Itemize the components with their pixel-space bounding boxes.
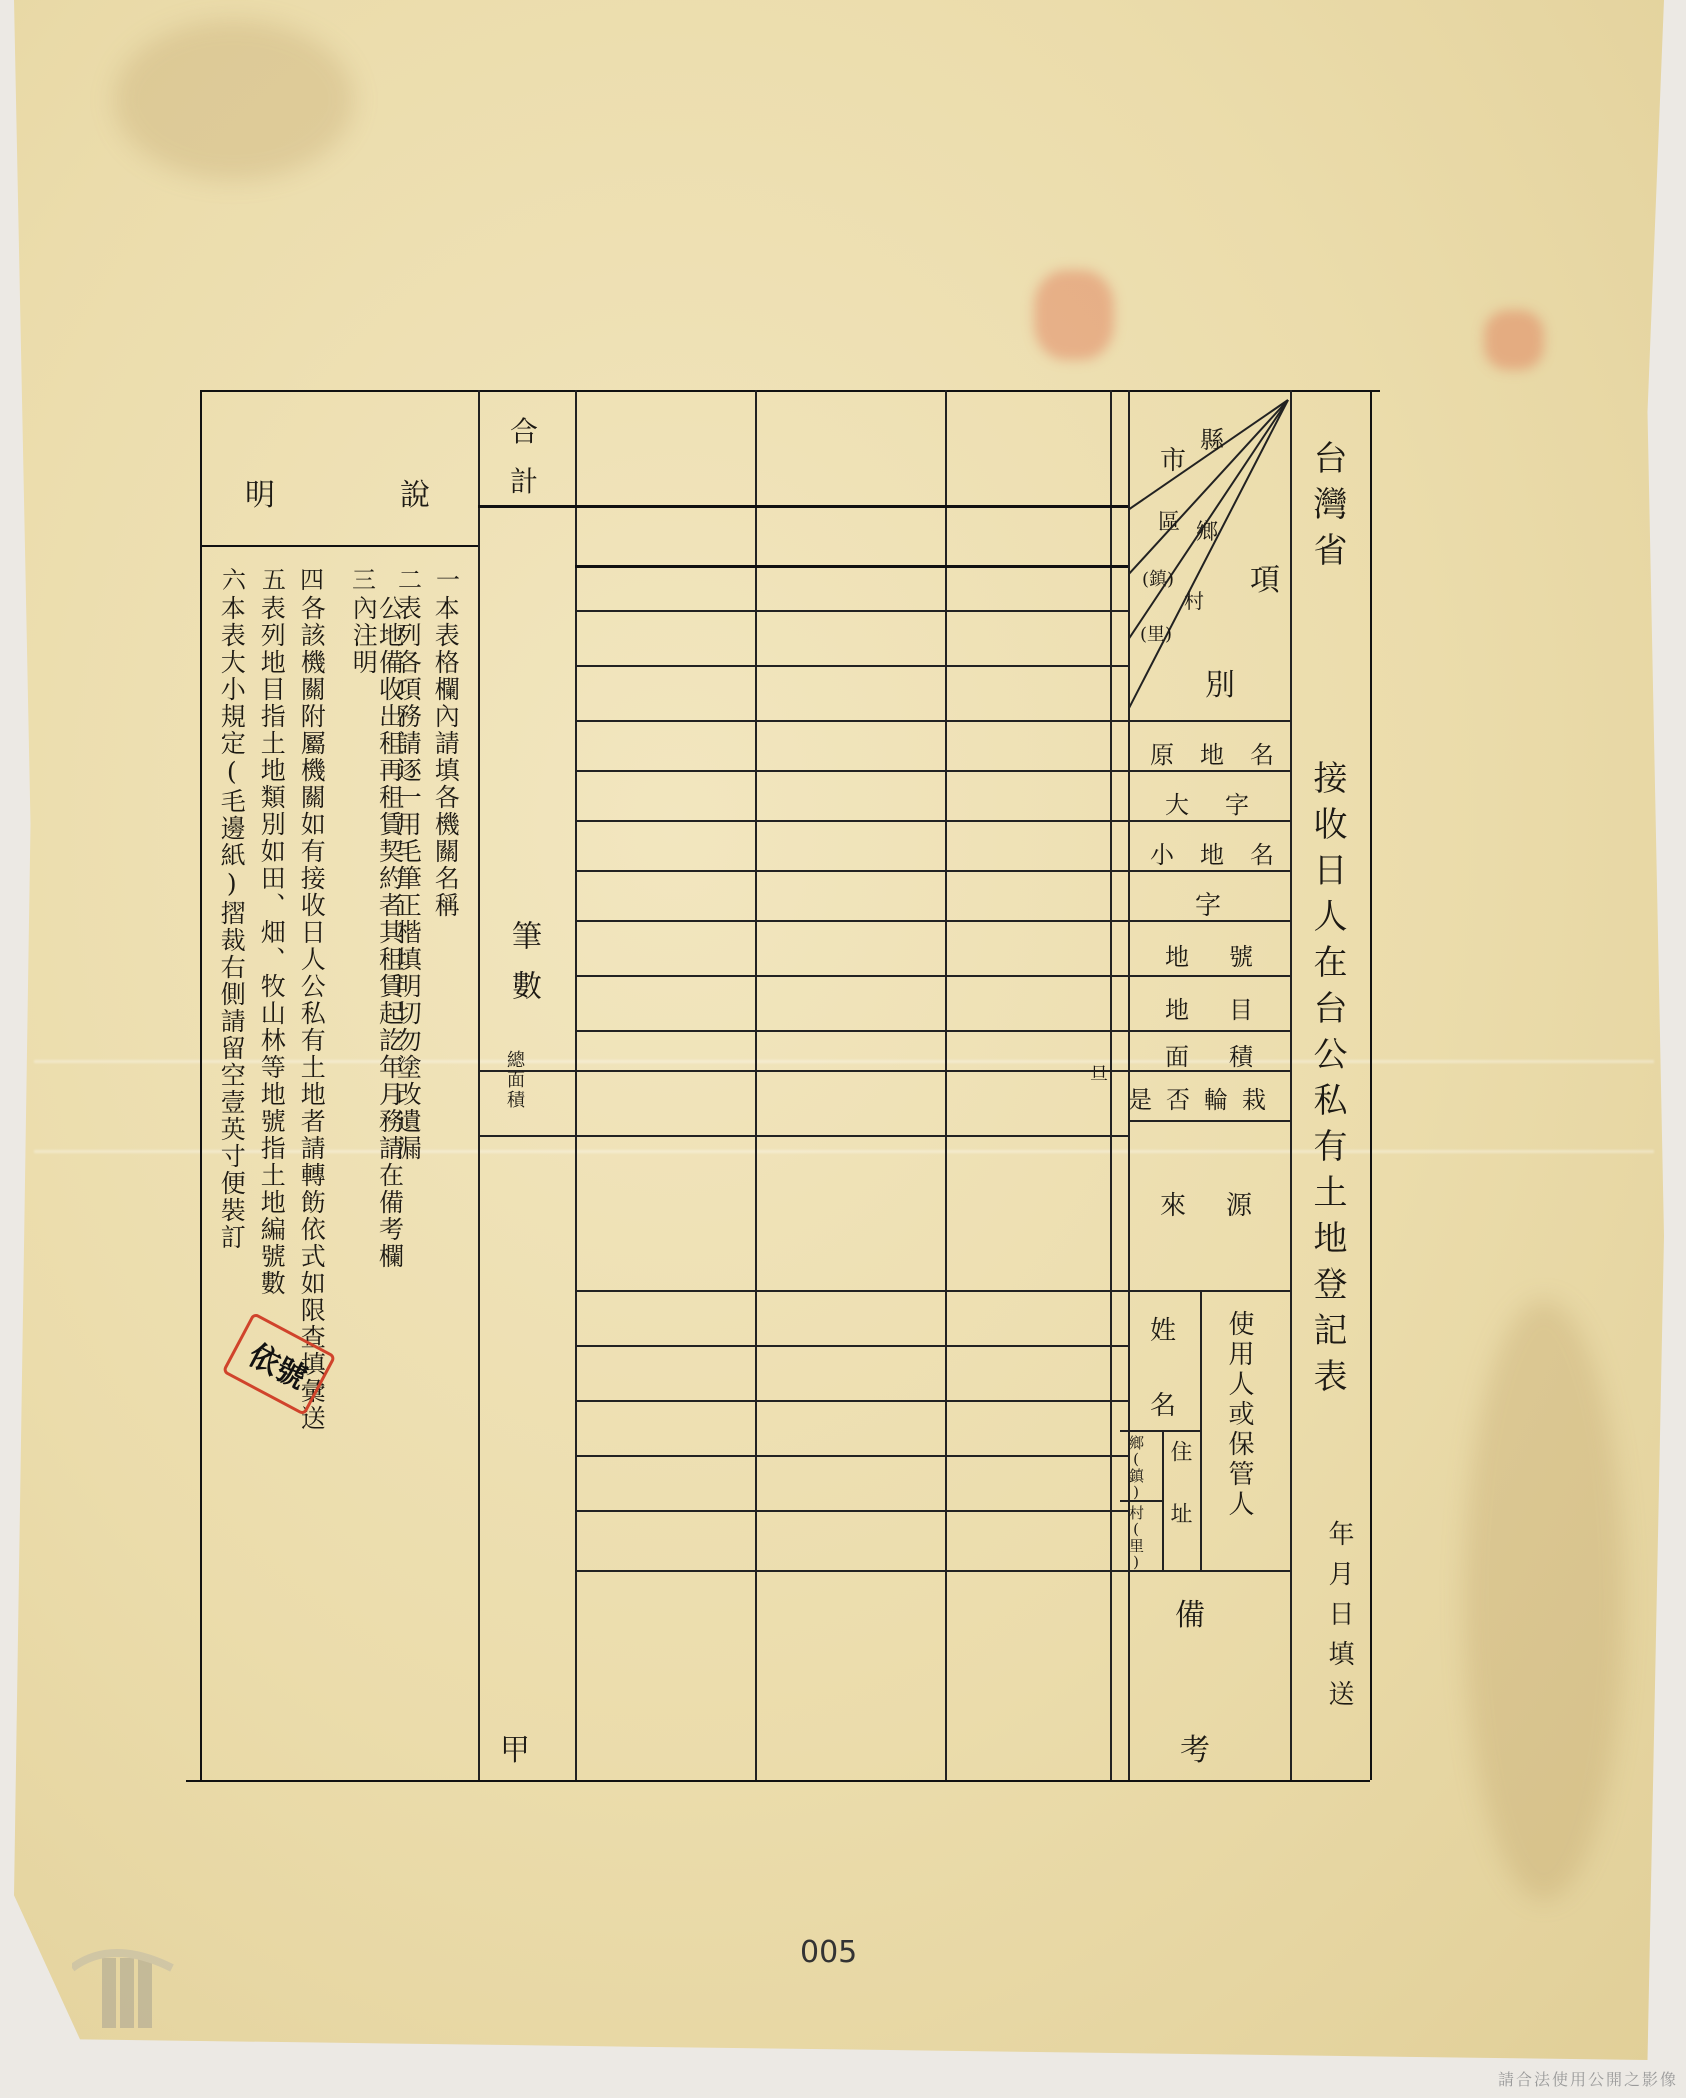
row-line: [1128, 820, 1290, 822]
column-original-place: 原地名: [1150, 735, 1300, 770]
address-divider: [1162, 1430, 1164, 1570]
grid-row-line: [575, 1290, 1128, 1292]
count-label: 筆數: [508, 920, 538, 1020]
total-label-1: 合: [510, 410, 538, 450]
label-township: 鄉: [1196, 515, 1218, 546]
note-1: 本表格欄內請填各機關名稱: [432, 595, 458, 1115]
table-left-border: [200, 390, 202, 1780]
label-item: 項: [1250, 555, 1280, 599]
note-num-5: 五: [262, 560, 286, 595]
column-area: 面積: [1165, 1037, 1293, 1072]
row-line: [1128, 870, 1290, 872]
stain: [1464, 1300, 1624, 1900]
name-label-2: 名: [1150, 1385, 1176, 1422]
label-li: (里): [1140, 620, 1172, 646]
page-number: 005: [800, 1935, 857, 1970]
grid-row-line: [575, 975, 1128, 977]
column-lot-number: 地號: [1165, 937, 1293, 972]
column-small-place: 小地名: [1150, 835, 1300, 870]
label-village: 村: [1184, 585, 1204, 614]
note-num-3: 三: [352, 560, 376, 595]
table-bottom-border: [186, 1780, 1370, 1782]
label-county: 縣: [1200, 420, 1224, 455]
grid-row-line: [575, 1570, 1128, 1572]
notes-header-line: [200, 545, 478, 547]
usage-watermark: 請合法使用公開之影像: [1498, 2067, 1678, 2090]
column-section: 字: [1195, 885, 1221, 922]
total-divider: [478, 390, 480, 1780]
row-line: [1128, 975, 1290, 977]
row-line: [1128, 770, 1290, 772]
row-line: [1120, 1500, 1162, 1502]
stamp-text: 依號: [242, 1330, 316, 1397]
document-title: 接收日人在台公私有土地登記表: [1310, 760, 1344, 1404]
row-line: [1128, 720, 1290, 722]
note-3: 公地備收出租再租賃契約者其租賃起訖年月務請在備考欄內注明: [350, 595, 403, 1295]
column-replanted: 是否輪栽: [1128, 1080, 1280, 1115]
remarks-label-1: 備: [1175, 1590, 1205, 1634]
row-line: [1128, 1290, 1290, 1292]
note-num-6: 六: [222, 560, 246, 595]
user-divider: [1200, 1290, 1202, 1570]
grid-row-line: [575, 870, 1128, 872]
note-6: 本表大小規定(毛邊紙)摺裁右側請留空壹英寸便裝訂: [218, 595, 244, 1375]
area-annotation: 旦: [1090, 1060, 1108, 1086]
grid-row-line: [575, 610, 1128, 612]
total-area-label: 總面積: [505, 1050, 523, 1110]
grid-row-line: [575, 1455, 1128, 1457]
label-type: 別: [1205, 660, 1235, 704]
label-district: 區: [1158, 505, 1180, 536]
user-group-label: 使用人或保管人: [1226, 1310, 1252, 1520]
grid-row-line: [575, 920, 1128, 922]
archive-logo-icon: [72, 1948, 192, 2038]
note-num-1: 一: [436, 560, 460, 595]
total-row-line: [478, 505, 1128, 508]
remarks-label-2: 考: [1180, 1725, 1210, 1769]
row-line: [1120, 1430, 1200, 1432]
label-city: 市: [1160, 440, 1186, 477]
grid-row-line: [575, 1510, 1128, 1512]
column-land-category: 地目: [1165, 990, 1293, 1025]
table-right-border: [1370, 390, 1372, 1780]
row-line: [1120, 1570, 1290, 1572]
title-date: 年月日填送: [1326, 1520, 1352, 1720]
grid-row-line: [575, 820, 1128, 822]
total-label-2: 計: [510, 460, 538, 500]
notes-header-shuo: 說: [400, 470, 430, 514]
area-unit: 甲: [500, 1725, 530, 1769]
column-source: 來源: [1160, 1185, 1292, 1222]
note-num-4: 四: [300, 560, 324, 595]
grid-row-line: [575, 1345, 1128, 1347]
name-label-1: 姓: [1150, 1310, 1176, 1347]
stain: [114, 20, 354, 180]
red-smudge: [1484, 310, 1544, 370]
grid-row-line: [575, 1400, 1128, 1402]
title-column-divider: [1290, 390, 1292, 1780]
title-prefix: 台灣省: [1310, 440, 1344, 578]
township-label: 鄉(鎮): [1128, 1435, 1143, 1501]
village-label: 村(里): [1128, 1505, 1143, 1571]
grid-row-line: [575, 770, 1128, 772]
address-label: 住址: [1168, 1440, 1190, 1564]
note-4: 各該機關附屬機關如有接收日人公私有土地者請轉飭依式如限查填彙送: [298, 595, 324, 1645]
grid-row-line: [575, 720, 1128, 722]
row-line: [1128, 1120, 1290, 1122]
grid-row-line: [575, 565, 1128, 568]
grid-row-line: [575, 665, 1128, 667]
column-large-section: 大字: [1165, 785, 1285, 820]
grid-row-line: [478, 1135, 1128, 1137]
grid-row-line: [478, 1070, 1128, 1072]
note-num-2: 二: [398, 560, 422, 595]
notes-header-ming: 明: [245, 470, 275, 514]
red-smudge: [1034, 270, 1114, 360]
grid-row-line: [575, 1030, 1128, 1032]
label-town: (鎮): [1142, 565, 1174, 591]
row-line: [1128, 1030, 1290, 1032]
